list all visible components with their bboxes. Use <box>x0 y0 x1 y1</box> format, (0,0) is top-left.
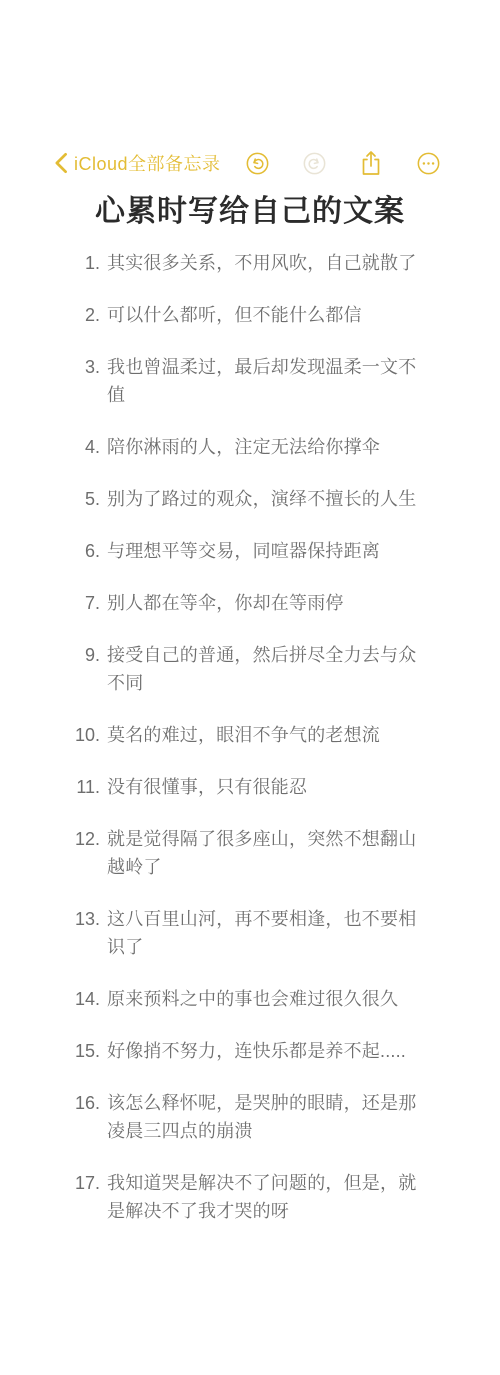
list-text: 好像捎不努力，连快乐都是养不起..... <box>107 1037 429 1065</box>
list-item: 12. 就是觉得隔了很多座山，突然不想翻山越岭了 <box>64 825 460 881</box>
list-number: 17. <box>64 1169 100 1225</box>
list-text: 可以什么都听，但不能什么都信 <box>107 301 429 329</box>
list-number: 13. <box>64 905 100 961</box>
ellipsis-circle-icon <box>417 152 440 175</box>
list-number: 4. <box>64 433 100 461</box>
nav-bar: iCloud全部备忘录 <box>0 146 500 180</box>
list-text: 陪你淋雨的人，注定无法给你撑伞 <box>107 433 429 461</box>
nav-icon-group <box>245 150 440 176</box>
undo-icon[interactable] <box>245 150 269 176</box>
share-arrow-icon <box>360 150 382 176</box>
more-icon[interactable] <box>416 150 440 176</box>
back-chevron-icon <box>52 152 70 174</box>
list-number: 10. <box>64 721 100 749</box>
list-number: 15. <box>64 1037 100 1065</box>
list-number: 1. <box>64 249 100 277</box>
back-button[interactable]: iCloud全部备忘录 <box>52 150 221 176</box>
list-item: 14. 原来预料之中的事也会难过很久很久 <box>64 985 460 1013</box>
list-text: 我知道哭是解决不了问题的，但是，就是解决不了我才哭的呀 <box>107 1169 429 1225</box>
list-item: 11. 没有很懂事，只有很能忍 <box>64 773 460 801</box>
list-text: 就是觉得隔了很多座山，突然不想翻山越岭了 <box>107 825 429 881</box>
list-number: 6. <box>64 537 100 565</box>
note-content[interactable]: 1. 其实很多关系，不用风吹，自己就散了 2. 可以什么都听，但不能什么都信 3… <box>64 249 460 1249</box>
list-text: 没有很懂事，只有很能忍 <box>107 773 429 801</box>
list-item: 17. 我知道哭是解决不了问题的，但是，就是解决不了我才哭的呀 <box>64 1169 460 1225</box>
page-title: 心累时写给自己的文案 <box>0 186 500 230</box>
list-item: 2. 可以什么都听，但不能什么都信 <box>64 301 460 329</box>
undo-arrow-icon <box>246 152 269 175</box>
list-item: 10. 莫名的难过，眼泪不争气的老想流 <box>64 721 460 749</box>
list-text: 莫名的难过，眼泪不争气的老想流 <box>107 721 429 749</box>
list-item: 7. 别人都在等伞，你却在等雨停 <box>64 589 460 617</box>
list-item: 6. 与理想平等交易，同喧器保持距离 <box>64 537 460 565</box>
list-item: 4. 陪你淋雨的人，注定无法给你撑伞 <box>64 433 460 461</box>
redo-arrow-icon <box>303 152 326 175</box>
list-text: 接受自己的普通，然后拼尽全力去与众不同 <box>107 641 429 697</box>
list-number: 16. <box>64 1089 100 1145</box>
list-number: 11. <box>64 773 100 801</box>
list-number: 14. <box>64 985 100 1013</box>
list-item: 9. 接受自己的普通，然后拼尽全力去与众不同 <box>64 641 460 697</box>
redo-icon[interactable] <box>302 150 326 176</box>
list-number: 12. <box>64 825 100 881</box>
list-text: 其实很多关系，不用风吹，自己就散了 <box>107 249 429 277</box>
list-item: 3. 我也曾温柔过，最后却发现温柔一文不值 <box>64 353 460 409</box>
list-text: 原来预料之中的事也会难过很久很久 <box>107 985 429 1013</box>
list-item: 13. 这八百里山河，再不要相逢，也不要相识了 <box>64 905 460 961</box>
list-text: 与理想平等交易，同喧器保持距离 <box>107 537 429 565</box>
list-number: 3. <box>64 353 100 409</box>
list-item: 15. 好像捎不努力，连快乐都是养不起..... <box>64 1037 460 1065</box>
back-label: iCloud全部备忘录 <box>74 150 221 176</box>
list-number: 7. <box>64 589 100 617</box>
list-text: 该怎么释怀呢，是哭肿的眼睛，还是那凌晨三四点的崩溃 <box>107 1089 429 1145</box>
list-text: 这八百里山河，再不要相逢，也不要相识了 <box>107 905 429 961</box>
list-number: 9. <box>64 641 100 697</box>
share-icon[interactable] <box>359 150 383 176</box>
list-number: 2. <box>64 301 100 329</box>
list-text: 别为了路过的观众，演绎不擅长的人生 <box>107 485 429 513</box>
list-text: 别人都在等伞，你却在等雨停 <box>107 589 429 617</box>
list-item: 5. 别为了路过的观众，演绎不擅长的人生 <box>64 485 460 513</box>
list-number: 5. <box>64 485 100 513</box>
list-text: 我也曾温柔过，最后却发现温柔一文不值 <box>107 353 429 409</box>
list-item: 1. 其实很多关系，不用风吹，自己就散了 <box>64 249 460 277</box>
list-item: 16. 该怎么释怀呢，是哭肿的眼睛，还是那凌晨三四点的崩溃 <box>64 1089 460 1145</box>
